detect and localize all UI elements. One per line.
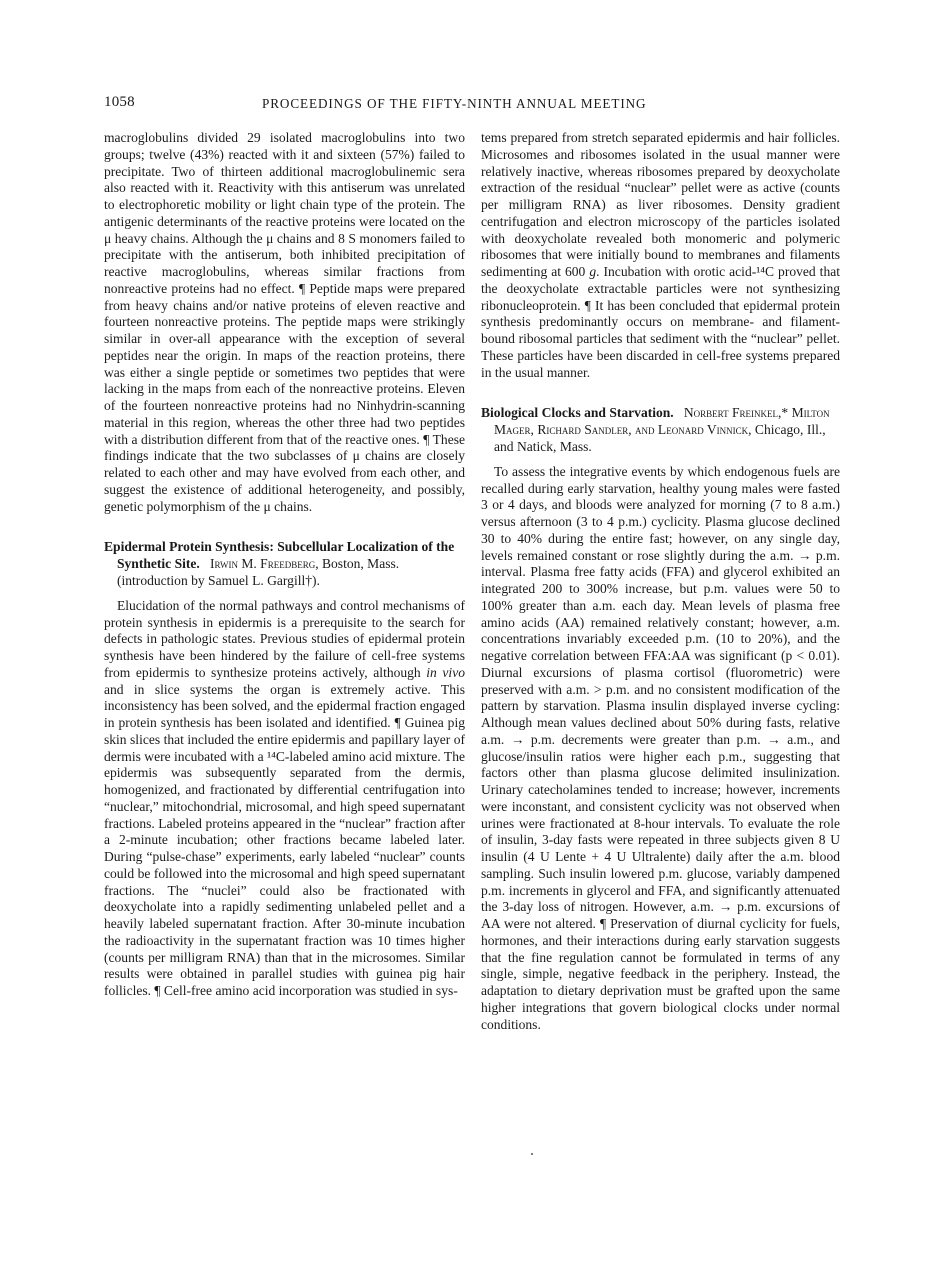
page-number: 1058 [104, 94, 135, 111]
abstract-heading-epidermal: Epidermal Protein Synthesis: Subcellular… [104, 539, 465, 590]
continued-paragraph: tems prepared from stretch separated epi… [481, 130, 840, 381]
section-spacer [481, 381, 840, 405]
abstract-body-italic: in vivo [426, 665, 465, 680]
paragraph-text: tems prepared from stretch separated epi… [481, 130, 840, 279]
spacer [104, 590, 465, 598]
abstract-body: Elucidation of the normal pathways and c… [104, 598, 465, 1000]
right-column: tems prepared from stretch separated epi… [481, 130, 840, 1033]
abstract-authors: Irwin M. Freedberg [210, 556, 315, 571]
section-spacer [104, 515, 465, 539]
spacer [481, 456, 840, 464]
abstract-body-text: and in slice systems the organ is extrem… [104, 682, 465, 999]
running-head: PROCEEDINGS OF THE FIFTY-NINTH ANNUAL ME… [262, 96, 682, 112]
abstract-title: Biological Clocks and Starvation. [481, 405, 674, 420]
left-column: macroglobulins divided 29 isolated macro… [104, 130, 465, 1000]
scan-speck [531, 1153, 533, 1155]
continued-paragraph: macroglobulins divided 29 isolated macro… [104, 130, 465, 515]
abstract-heading-biological-clocks: Biological Clocks and Starvation. Norber… [481, 405, 840, 456]
abstract-body-text: Elucidation of the normal pathways and c… [104, 598, 465, 680]
paragraph-text: . Incubation with orotic acid-¹⁴C proved… [481, 264, 840, 380]
abstract-body: To assess the integrative events by whic… [481, 464, 840, 1034]
